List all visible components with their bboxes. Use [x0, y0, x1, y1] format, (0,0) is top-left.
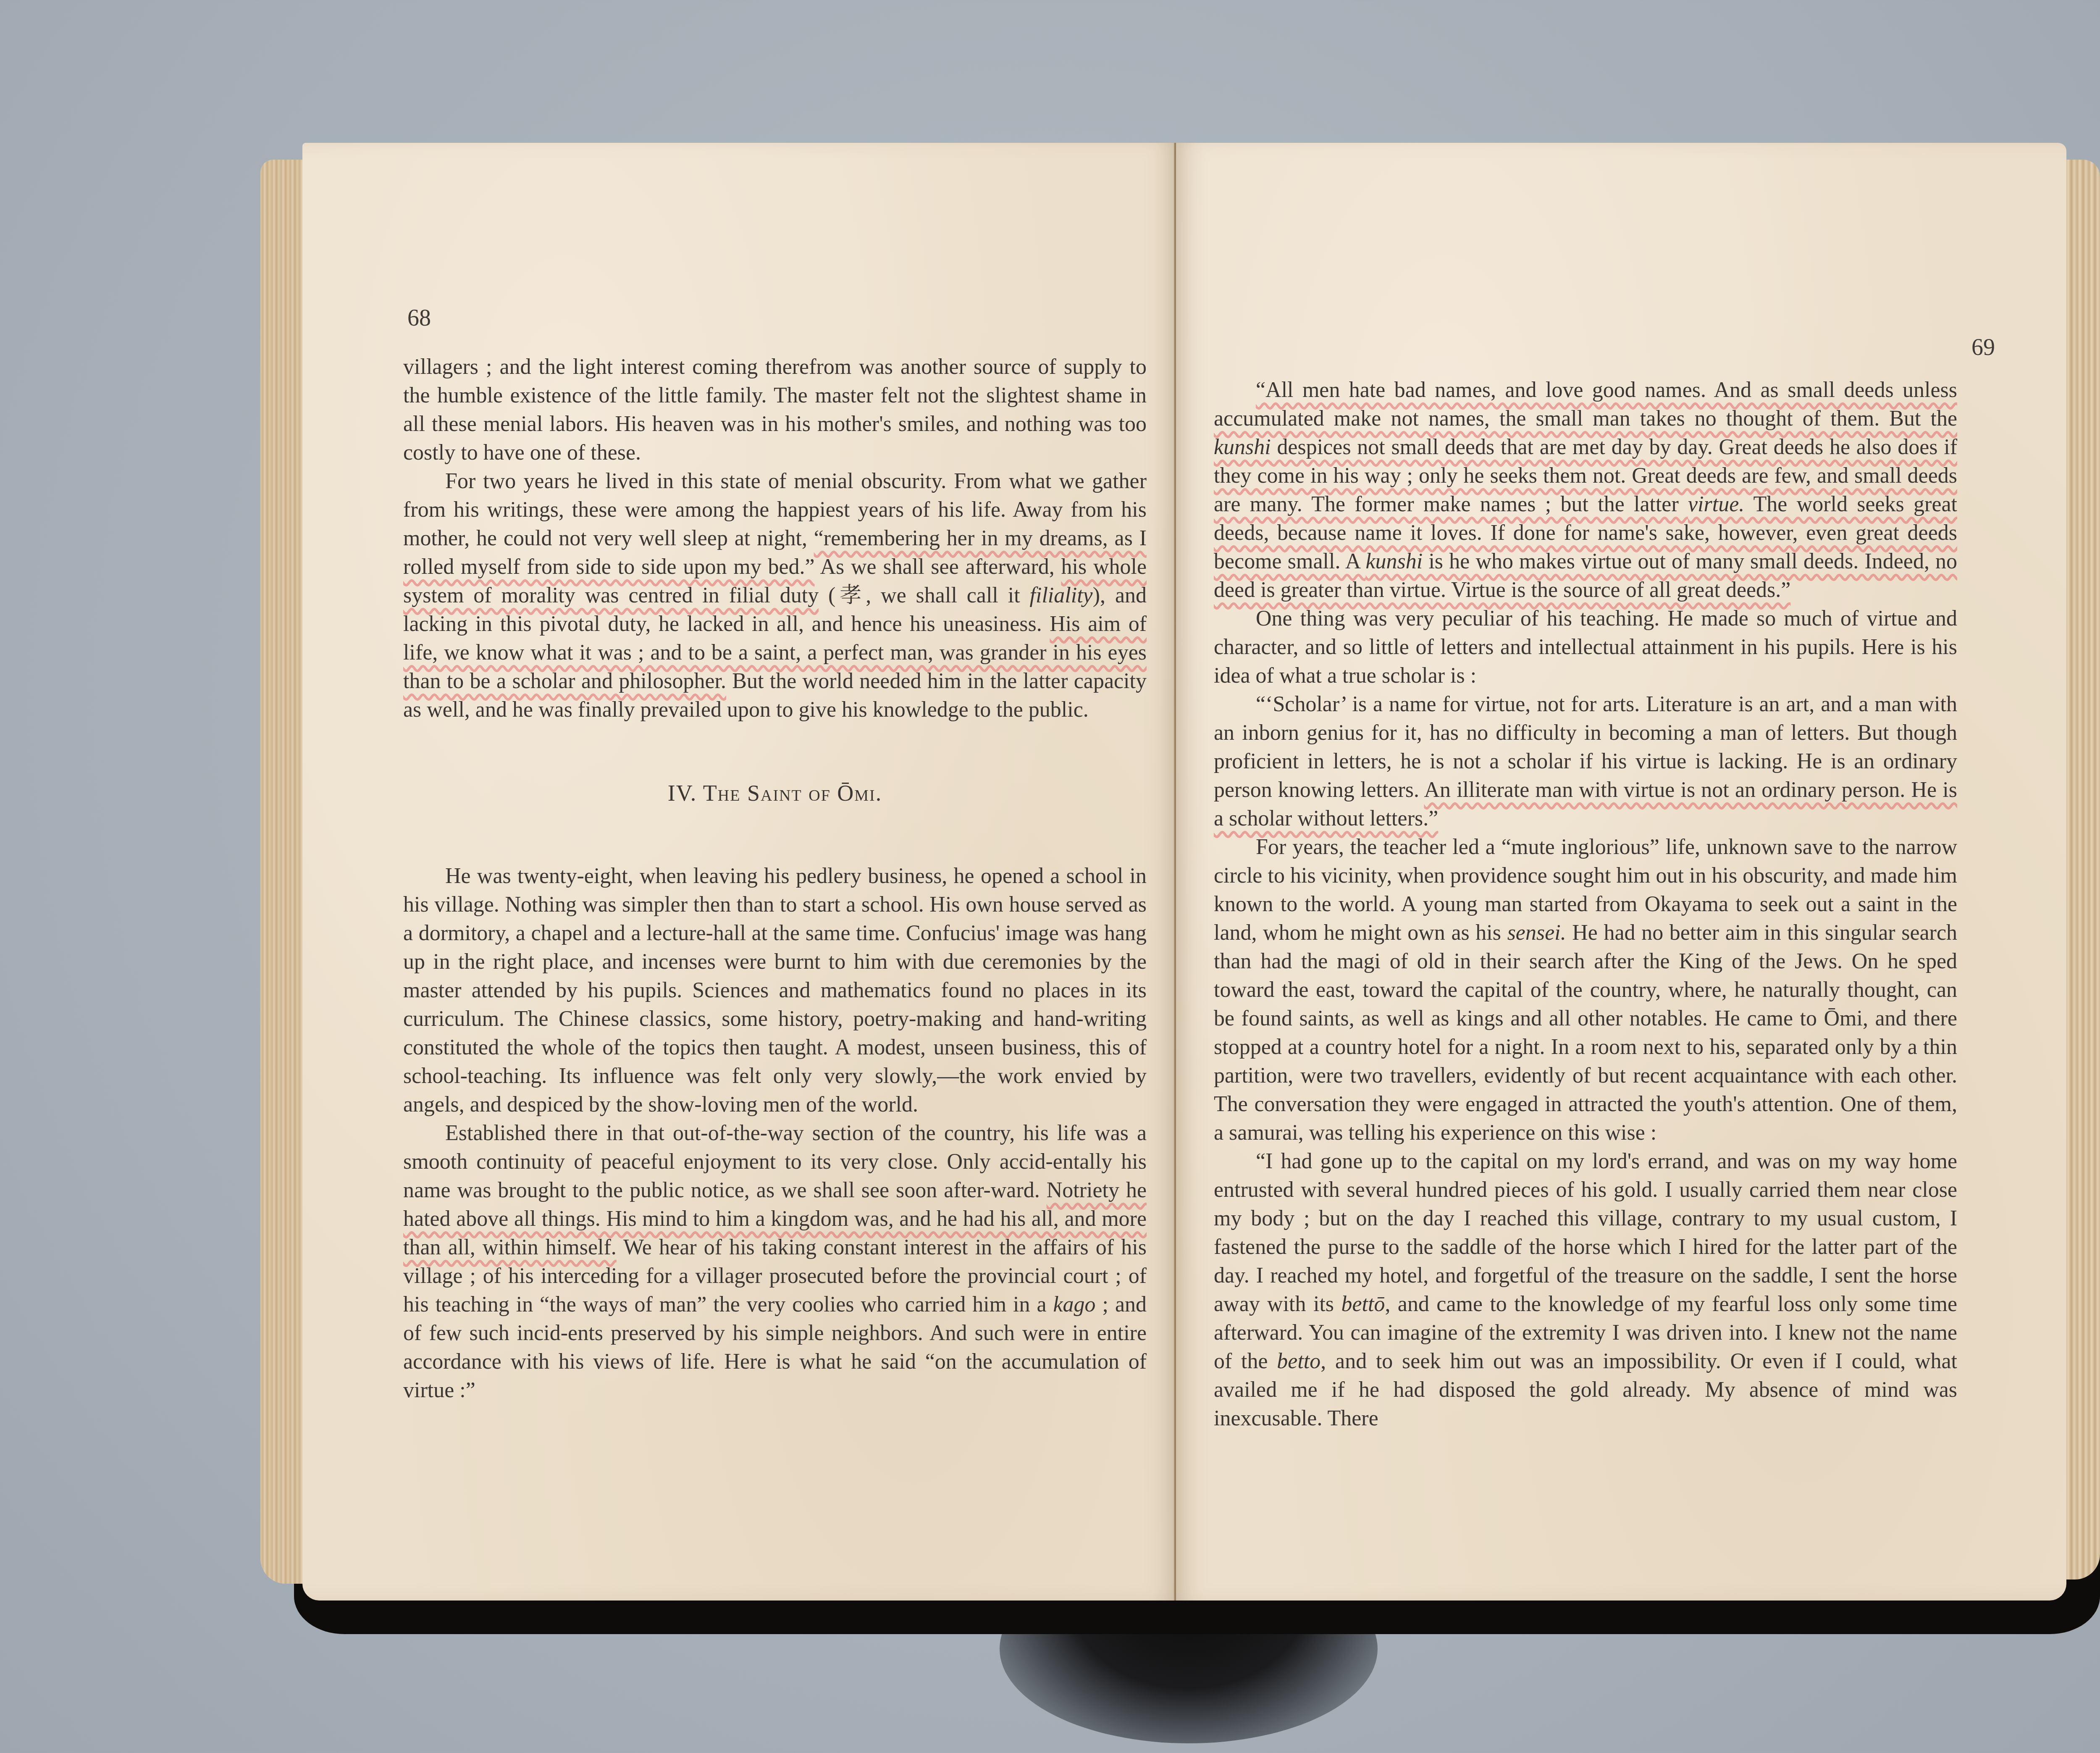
- page-number-right: 69: [1971, 334, 1995, 361]
- red-underline-annotation: “All men hate bad names, and love good n…: [1214, 378, 1957, 431]
- paragraph: For two years he lived in this state of …: [403, 467, 1147, 724]
- paragraph: “‘Scholar’ is a name for virtue, not for…: [1214, 690, 1957, 833]
- right-page-text: “All men hate bad names, and love good n…: [1214, 376, 1957, 1433]
- page-edges-left: [260, 160, 307, 1584]
- left-page-text: villagers ; and the light interest comin…: [403, 353, 1147, 1405]
- open-book: 68 villagers ; and the light interest co…: [260, 143, 2100, 1601]
- page-number-left: 68: [407, 305, 431, 331]
- page-edges-right: [2062, 160, 2100, 1580]
- paragraph: For years, the teacher led a “mute inglo…: [1214, 833, 1957, 1147]
- right-page: 69 “All men hate bad names, and love goo…: [1176, 143, 2066, 1601]
- paragraph: One thing was very peculiar of his teach…: [1214, 604, 1957, 690]
- paragraph: “All men hate bad names, and love good n…: [1214, 376, 1957, 604]
- section-heading: IV. The Saint of Ōmi.: [403, 779, 1147, 807]
- left-page: 68 villagers ; and the light interest co…: [302, 143, 1176, 1601]
- paragraph: “I had gone up to the capital on my lord…: [1214, 1147, 1957, 1433]
- paragraph: villagers ; and the light interest comin…: [403, 353, 1147, 467]
- paragraph: Established there in that out-of-the-way…: [403, 1119, 1147, 1405]
- paragraph: He was twenty-eight, when leaving his pe…: [403, 862, 1147, 1119]
